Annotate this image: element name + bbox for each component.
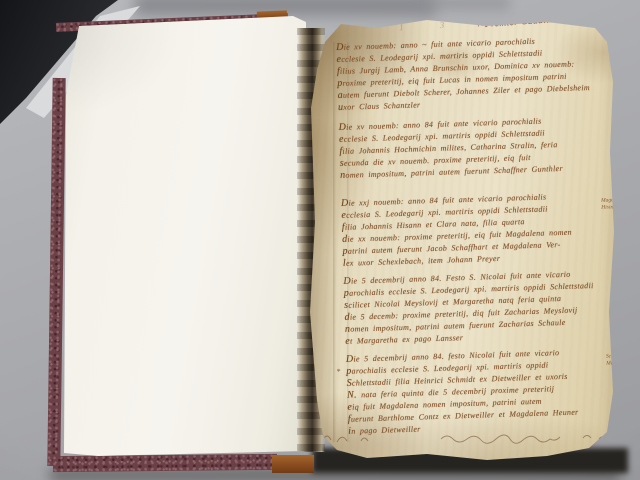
manuscript-entry: Die xv nouemb: anno 84 fuit ante vicario…	[338, 114, 602, 182]
blank-left-page	[58, 13, 308, 459]
manuscript-entry: Die xxj nouemb: anno 84 fuit ante vicari…	[341, 190, 605, 270]
manuscript-entry: Die 5 decembrij anno 84. Festo S. Nicola…	[343, 268, 607, 348]
parchment-crease	[333, 42, 336, 442]
heading-flourish: ⹀⸺	[560, 13, 580, 24]
margin-note: Magda lena Hisin vxor	[601, 197, 631, 211]
leather-corner-bottom	[272, 455, 314, 473]
bottom-ink-scribbles	[321, 430, 621, 446]
marbled-cover-bottom-edge	[53, 454, 277, 472]
margin-note: Schmi din Mag	[606, 353, 636, 367]
marbled-cover-left-edge	[47, 78, 65, 466]
margin-asterisk: *	[336, 366, 341, 378]
manuscript-entry: Die xv nouemb: anno ~ fuit ante vicario …	[336, 34, 600, 114]
background-shadow-band	[420, 0, 510, 10]
manuscript-entries: Die xv nouemb: anno ~ fuit ante vicario …	[335, 4, 610, 438]
photograph-open-register-book: 1 3 8 + Premier Cauallat ⹀⸺ Die xv nouem…	[0, 0, 640, 480]
manuscript-right-page: 1 3 8 + Premier Cauallat ⹀⸺ Die xv nouem…	[307, 12, 625, 462]
manuscript-entry: Die 5 decembrij anno 84. festo Nicolai f…	[346, 346, 611, 438]
